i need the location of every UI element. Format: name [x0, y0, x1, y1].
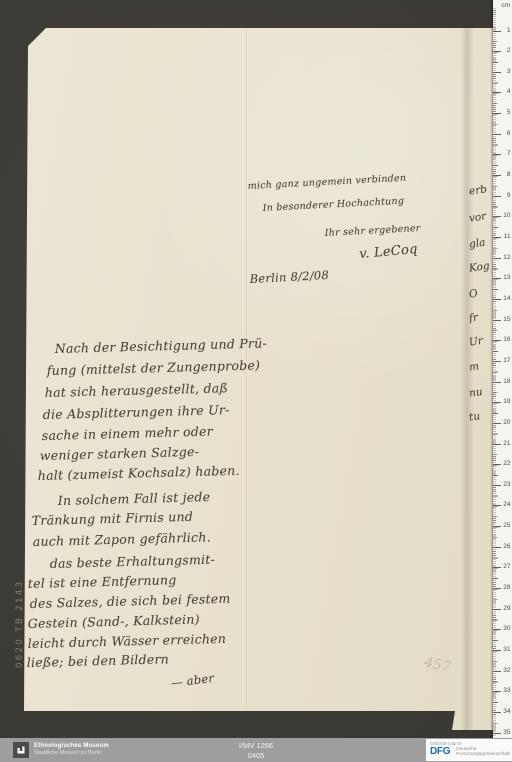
ruler-cm-number: 29	[503, 605, 510, 612]
ruler-cm-number: 35	[503, 729, 510, 736]
dfg-funding-logo: Gefördert durch DFG Deutsche Forschungsg…	[426, 739, 512, 761]
ruler-cm-tick	[493, 72, 501, 73]
ruler-cm-number: 1	[507, 27, 511, 34]
ruler-cm-number: 5	[507, 110, 511, 117]
ruler-cm-tick	[493, 402, 501, 403]
ruler-cm-tick	[493, 92, 501, 93]
ruler-cm-number: 27	[503, 564, 510, 571]
ruler-cm-number: 16	[503, 337, 510, 344]
page-gutter-shadow	[461, 28, 474, 730]
ruler-cm-number: 31	[503, 647, 510, 654]
ruler-cm-tick	[493, 650, 501, 651]
ruler-cm-number: 25	[503, 523, 510, 530]
ruler-cm-number: 18	[503, 378, 510, 385]
ruler-cm-tick	[493, 216, 501, 217]
ruler-cm-number: 24	[503, 502, 510, 509]
ruler-cm-number: 7	[507, 151, 511, 158]
ruler-cm-number: 33	[503, 688, 510, 695]
ruler-cm-number: 13	[503, 275, 510, 282]
ruler-cm-tick	[493, 51, 501, 52]
ruler-cm-tick	[493, 258, 501, 259]
ruler-cm-tick	[493, 175, 501, 176]
scan-stage: mich ganz ungemein verbindenIn besondere…	[0, 0, 512, 762]
ruler-cm-number: 17	[503, 358, 510, 365]
ruler-cm-number: 32	[503, 667, 510, 674]
dfg-funding-note: Gefördert durch	[430, 741, 508, 746]
ruler-cm-tick	[493, 278, 501, 279]
margin-shelfmark-note: 0620 TB 2143	[15, 580, 25, 669]
ruler-cm-tick	[493, 134, 501, 135]
ruler-cm-number: 22	[503, 461, 510, 468]
ruler-cm-number: 10	[503, 213, 510, 220]
ruler-cm-tick	[493, 382, 501, 383]
ruler-cm-tick	[493, 588, 501, 589]
footer-bar: Ethnologisches Museum Staatliche Museen …	[0, 738, 512, 762]
ruler-cm-number: 34	[503, 709, 510, 716]
ruler-cm-tick	[493, 733, 501, 734]
ruler-cm-tick	[493, 671, 501, 672]
ruler-cm-number: 12	[503, 254, 510, 261]
ruler-cm-tick	[493, 691, 501, 692]
ruler-cm-number: 28	[503, 585, 510, 592]
dfg-full-name: Deutsche Forschungsgemeinschaft	[456, 747, 510, 758]
ruler-cm-number: 14	[503, 296, 510, 303]
ruler-cm-tick	[493, 567, 501, 568]
ruler-cm-number: 19	[503, 399, 510, 406]
ruler-cm-tick	[493, 361, 501, 362]
ruler-cm-number: 30	[503, 626, 510, 633]
ruler-cm-tick	[493, 340, 501, 341]
ruler-cm-tick	[493, 444, 501, 445]
ruler-cm-tick	[493, 113, 501, 114]
ruler-cm-tick	[493, 526, 501, 527]
ruler-cm-tick	[493, 464, 501, 465]
ruler-cm-tick	[493, 423, 501, 424]
ruler-cm-number: 23	[503, 482, 510, 489]
dfg-name-line2: Forschungsgemeinschaft	[456, 752, 510, 757]
ruler-cm-number: 26	[503, 544, 510, 551]
ruler-cm-tick	[493, 320, 501, 321]
ruler-cm-tick	[493, 154, 501, 155]
ruler: cm 1234567891011121314151617181920212223…	[493, 0, 512, 762]
ruler-cm-tick	[493, 712, 501, 713]
ruler-cm-number: 4	[507, 89, 511, 96]
ruler-cm-number: 11	[504, 234, 511, 241]
ruler-cm-tick	[493, 31, 501, 32]
ruler-cm-number: 3	[507, 69, 511, 76]
dfg-abbr-icon: DFG	[430, 747, 450, 757]
ruler-cm-tick	[493, 505, 501, 506]
ruler-cm-number: 9	[507, 192, 511, 199]
ruler-cm-tick	[493, 196, 501, 197]
dfg-logo-row: DFG Deutsche Forschungsgemeinschaft	[430, 747, 508, 758]
ruler-cm-number: 15	[503, 316, 510, 323]
ruler-cm-tick	[493, 609, 501, 610]
ruler-cm-tick	[493, 485, 501, 486]
ruler-cm-tick	[493, 299, 501, 300]
ruler-cm-number: 2	[507, 48, 511, 55]
ruler-unit-label: cm	[501, 2, 510, 9]
ruler-cm-tick	[493, 237, 501, 238]
ruler-cm-number: 6	[507, 131, 511, 138]
ruler-cm-tick	[493, 547, 501, 548]
ruler-cm-number: 21	[503, 440, 510, 447]
ruler-cm-number: 8	[507, 172, 511, 179]
ruler-cm-number: 20	[503, 420, 510, 427]
ruler-cm-tick	[493, 629, 501, 630]
